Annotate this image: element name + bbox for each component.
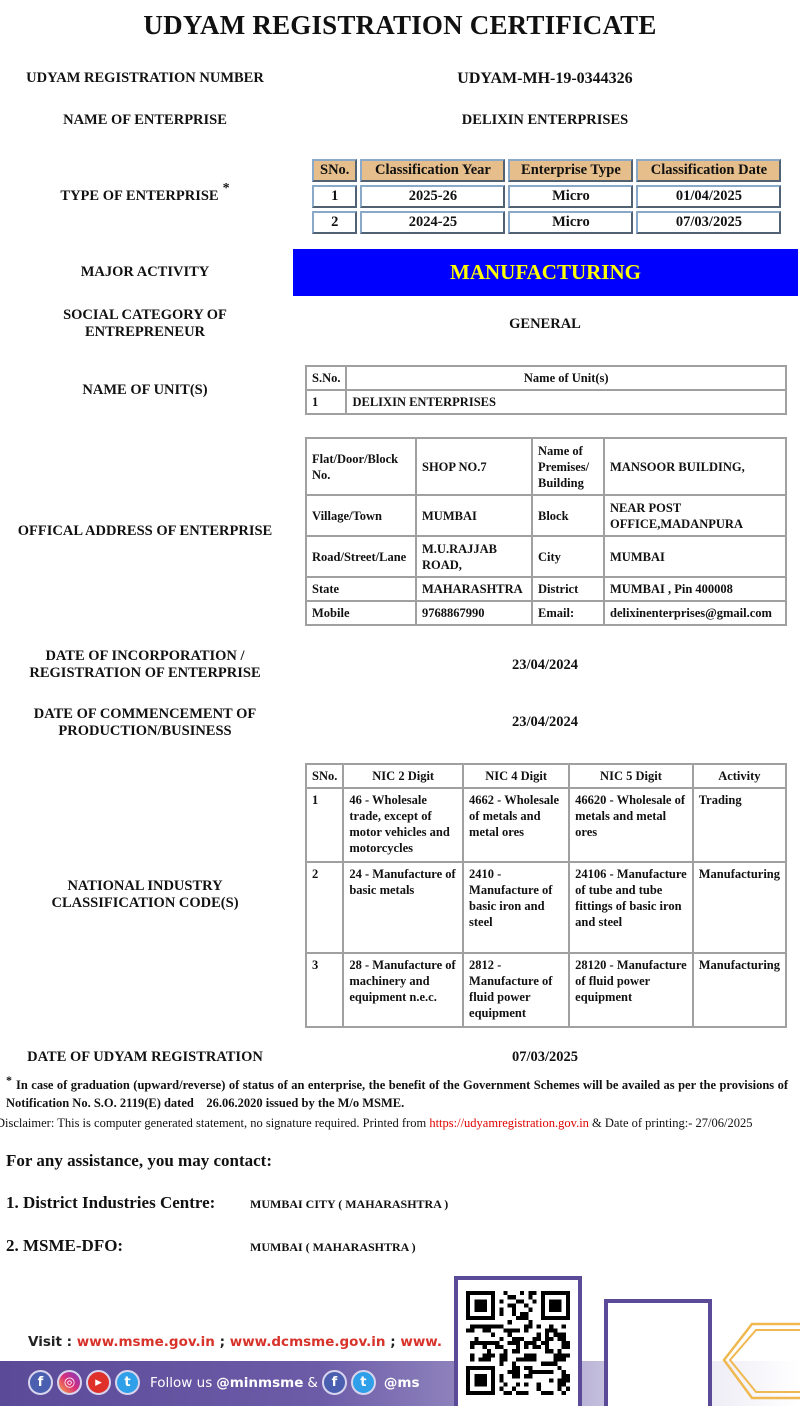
table-row: Mobile 9768867990 Email: delixinenterpri… [306, 601, 786, 625]
commencement-label: DATE OF COMMENCEMENT OF PRODUCTION/BUSIN… [0, 706, 290, 740]
cell: SHOP NO.7 [416, 438, 532, 495]
assistance-heading: For any assistance, you may contact: [6, 1151, 272, 1171]
cell: Name of Premises/ Building [532, 438, 604, 495]
certificate-title: UDYAM REGISTRATION CERTIFICATE [0, 10, 800, 41]
photo-frame [604, 1299, 712, 1406]
qr-code-icon [466, 1288, 570, 1398]
cell: City [532, 536, 604, 577]
enterprise-type-label-text: TYPE OF ENTERPRISE [60, 188, 218, 204]
major-activity-banner: MANUFACTURING [293, 249, 798, 296]
udyam-date-label: DATE OF UDYAM REGISTRATION [0, 1049, 290, 1066]
msme-link[interactable]: www.msme.gov.in [77, 1334, 215, 1350]
footnote-marker: * [6, 1073, 12, 1087]
col-header: SNo. [306, 764, 343, 788]
cell: 2 [312, 211, 357, 234]
twitter-icon[interactable]: t [115, 1370, 140, 1395]
hexagon-decoration-icon [712, 1320, 800, 1406]
nic-header-row: SNo. NIC 2 Digit NIC 4 Digit NIC 5 Digit… [306, 764, 786, 788]
footnote-text: In case of graduation (upward/reverse) o… [6, 1078, 791, 1110]
cell: District [532, 577, 604, 601]
facebook-icon[interactable]: f [28, 1370, 53, 1395]
table-row: 1 DELIXIN ENTERPRISES [306, 390, 786, 414]
twitter-icon[interactable]: t [351, 1370, 376, 1395]
cell: Micro [508, 185, 633, 208]
cell: MUMBAI , Pin 400008 [604, 577, 786, 601]
classification-table-wrap: SNo. Classification Year Enterprise Type… [309, 156, 784, 237]
cell: Village/Town [306, 495, 416, 536]
col-header: NIC 5 Digit [569, 764, 693, 788]
cell: M.U.RAJJAB ROAD, [416, 536, 532, 577]
enterprise-name-label: NAME OF ENTERPRISE [0, 112, 290, 129]
cell: 28120 - Manufacture of fluid power equip… [569, 953, 693, 1027]
classification-header-row: SNo. Classification Year Enterprise Type… [312, 159, 781, 182]
instagram-icon[interactable]: ◎ [57, 1370, 82, 1395]
msme-dfo-value: MUMBAI ( MAHARASHTRA ) [250, 1240, 416, 1255]
ampersand: & [307, 1375, 318, 1391]
table-row: 1 2025-26 Micro 01/04/2025 [312, 185, 781, 208]
udyam-registration-link[interactable]: https://udyamregistration.gov.in [429, 1116, 589, 1130]
cell: DELIXIN ENTERPRISES [346, 390, 786, 414]
third-link[interactable]: www. [400, 1334, 442, 1350]
incorporation-label: DATE OF INCORPORATION / REGISTRATION OF … [0, 648, 290, 682]
registration-number-label: UDYAM REGISTRATION NUMBER [0, 70, 290, 87]
units-header-row: S.No. Name of Unit(s) [306, 366, 786, 390]
enterprise-type-label: TYPE OF ENTERPRISE* [0, 188, 290, 205]
cell: 2812 - Manufacture of fluid power equipm… [463, 953, 569, 1027]
incorporation-date: 23/04/2024 [290, 657, 800, 674]
col-header: NIC 4 Digit [463, 764, 569, 788]
commencement-label-line2: PRODUCTION/BUSINESS [0, 723, 290, 740]
handle-minmsme[interactable]: @minmsme [216, 1375, 303, 1391]
col-header: Classification Year [360, 159, 505, 182]
cell: Trading [693, 788, 786, 862]
handle-second[interactable]: @ms [384, 1375, 420, 1391]
col-header: Classification Date [636, 159, 781, 182]
table-row: Village/Town MUMBAI Block NEAR POST OFFI… [306, 495, 786, 536]
major-activity-value: MANUFACTURING [450, 260, 641, 285]
cell: 46 - Wholesale trade, except of motor ve… [343, 788, 463, 862]
follow-text: Follow us [150, 1375, 212, 1391]
disclaimer-prefix: Disclaimer: This is computer generated s… [0, 1116, 429, 1130]
cell: 2 [306, 862, 343, 953]
cell: 9768867990 [416, 601, 532, 625]
table-row: 3 28 - Manufacture of machinery and equi… [306, 953, 786, 1027]
cell: 2410 - Manufacture of basic iron and ste… [463, 862, 569, 953]
follow-row: f ◎ ▸ t Follow us @minmsme & f t @ms [28, 1370, 420, 1395]
col-header: Enterprise Type [508, 159, 633, 182]
table-row: 2 2024-25 Micro 07/03/2025 [312, 211, 781, 234]
nic-label-line2: CLASSIFICATION CODE(S) [0, 895, 290, 912]
commencement-date: 23/04/2024 [290, 714, 800, 731]
social-category-value: GENERAL [290, 316, 800, 333]
cell: MAHARASHTRA [416, 577, 532, 601]
cell: 3 [306, 953, 343, 1027]
email-cell: delixinenterprises@gmail.com [604, 601, 786, 625]
udyam-date-value: 07/03/2025 [290, 1049, 800, 1066]
msme-dfo-label: 2. MSME-DFO: [6, 1236, 123, 1256]
table-row: 2 24 - Manufacture of basic metals 2410 … [306, 862, 786, 953]
address-table: Flat/Door/Block No. SHOP NO.7 Name of Pr… [305, 437, 787, 626]
social-category-label: SOCIAL CATEGORY OF ENTREPRENEUR [0, 307, 290, 341]
nic-table-wrap: SNo. NIC 2 Digit NIC 4 Digit NIC 5 Digit… [305, 763, 787, 1028]
cell: Mobile [306, 601, 416, 625]
facebook-icon[interactable]: f [322, 1370, 347, 1395]
cell: Micro [508, 211, 633, 234]
dcmsme-link[interactable]: www.dcmsme.gov.in [230, 1334, 386, 1350]
nic-table: SNo. NIC 2 Digit NIC 4 Digit NIC 5 Digit… [305, 763, 787, 1028]
disclaimer-suffix: & Date of printing:- 27/06/2025 [589, 1116, 753, 1130]
cell: Block [532, 495, 604, 536]
cell: State [306, 577, 416, 601]
address-table-wrap: Flat/Door/Block No. SHOP NO.7 Name of Pr… [305, 437, 787, 626]
cell: 24 - Manufacture of basic metals [343, 862, 463, 953]
table-row: Road/Street/Lane M.U.RAJJAB ROAD, City M… [306, 536, 786, 577]
cell: 24106 - Manufacture of tube and tube fit… [569, 862, 693, 953]
youtube-icon[interactable]: ▸ [86, 1370, 111, 1395]
cell: 1 [306, 788, 343, 862]
cell: Email: [532, 601, 604, 625]
social-category-label-line2: ENTREPRENEUR [0, 324, 290, 341]
dic-label: 1. District Industries Centre: [6, 1193, 215, 1213]
qr-code [454, 1276, 582, 1406]
cell: MUMBAI [416, 495, 532, 536]
classification-table: SNo. Classification Year Enterprise Type… [309, 156, 784, 237]
col-header: Name of Unit(s) [346, 366, 786, 390]
enterprise-name-value: DELIXIN ENTERPRISES [290, 112, 800, 129]
units-label: NAME OF UNIT(S) [0, 382, 290, 399]
footnote: *In case of graduation (upward/reverse) … [6, 1076, 788, 1112]
incorporation-label-line2: REGISTRATION OF ENTERPRISE [0, 665, 290, 682]
cell: MANSOOR BUILDING, [604, 438, 786, 495]
cell: 07/03/2025 [636, 211, 781, 234]
col-header: NIC 2 Digit [343, 764, 463, 788]
social-category-label-line1: SOCIAL CATEGORY OF [0, 307, 290, 324]
footnote-marker: * [223, 181, 230, 196]
cell: Flat/Door/Block No. [306, 438, 416, 495]
commencement-label-line1: DATE OF COMMENCEMENT OF [0, 706, 290, 723]
nic-label-line1: NATIONAL INDUSTRY [0, 878, 290, 895]
cell: Road/Street/Lane [306, 536, 416, 577]
col-header: Activity [693, 764, 786, 788]
col-header: SNo. [312, 159, 357, 182]
dic-value: MUMBAI CITY ( MAHARASHTRA ) [250, 1197, 448, 1212]
registration-number-value: UDYAM-MH-19-0344326 [290, 70, 800, 88]
cell: 2025-26 [360, 185, 505, 208]
cell: Manufacturing [693, 953, 786, 1027]
table-row: State MAHARASHTRA District MUMBAI , Pin … [306, 577, 786, 601]
cell: MUMBAI [604, 536, 786, 577]
visit-prefix: Visit : [28, 1334, 77, 1350]
separator: ; [386, 1334, 401, 1350]
cell: 4662 - Wholesale of metals and metal ore… [463, 788, 569, 862]
col-header: S.No. [306, 366, 346, 390]
cell: Manufacturing [693, 862, 786, 953]
disclaimer: Disclaimer: This is computer generated s… [0, 1116, 800, 1131]
cell: NEAR POST OFFICE,MADANPURA [604, 495, 786, 536]
cell: 28 - Manufacture of machinery and equipm… [343, 953, 463, 1027]
nic-label: NATIONAL INDUSTRY CLASSIFICATION CODE(S) [0, 878, 290, 912]
table-row: Flat/Door/Block No. SHOP NO.7 Name of Pr… [306, 438, 786, 495]
cell: 01/04/2025 [636, 185, 781, 208]
table-row: 1 46 - Wholesale trade, except of motor … [306, 788, 786, 862]
units-table-wrap: S.No. Name of Unit(s) 1 DELIXIN ENTERPRI… [305, 365, 787, 415]
separator: ; [215, 1334, 230, 1350]
cell: 1 [306, 390, 346, 414]
incorporation-label-line1: DATE OF INCORPORATION / [0, 648, 290, 665]
major-activity-label: MAJOR ACTIVITY [0, 264, 290, 281]
units-table: S.No. Name of Unit(s) 1 DELIXIN ENTERPRI… [305, 365, 787, 415]
cell: 1 [312, 185, 357, 208]
address-label: OFFICAL ADDRESS OF ENTERPRISE [0, 523, 290, 540]
cell: 2024-25 [360, 211, 505, 234]
cell: 46620 - Wholesale of metals and metal or… [569, 788, 693, 862]
